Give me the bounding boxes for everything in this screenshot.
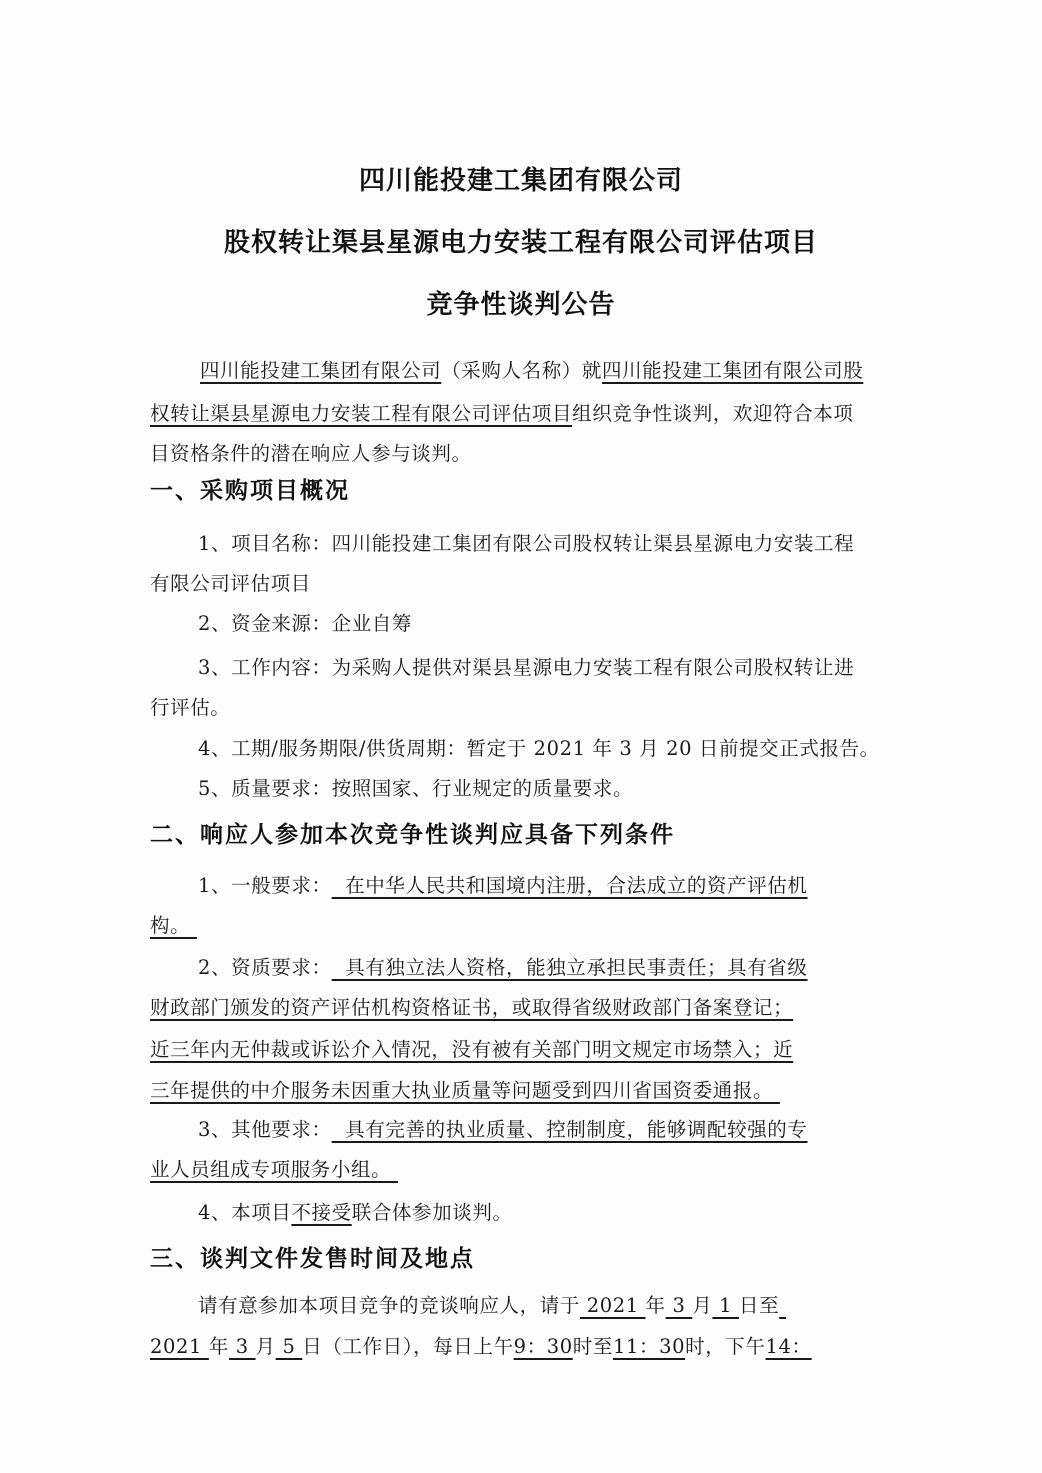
section-1-heading: 一、采购项目概况 — [150, 472, 350, 505]
s1-item-3-line-1: 3、工作内容：为采购人提供对渠县星源电力安装工程有限公司股权转让进 — [150, 652, 885, 680]
s3-to-label: 时至 — [573, 1335, 613, 1358]
s1-item-1-line-1: 1、项目名称：四川能投建工集团有限公司股权转让渠县星源电力安装工程 — [150, 528, 885, 556]
s2-item-2-line-1: 2、资质要求： 具有独立法人资格，能独立承担民事责任；具有省级 — [150, 952, 885, 980]
title-line-2: 股权转让渠县星源电力安装工程有限公司评估项目 — [0, 222, 1042, 259]
s2-item-4: 4、本项目不接受联合体参加谈判。 — [150, 1197, 933, 1225]
s2-item-2-value-cont-3: 三年提供的中介服务未因重大执业质量等问题受到四川省国资委通报。 — [150, 1079, 780, 1102]
s2-item-3-value-cont: 业人员组成专项服务小组。 — [150, 1158, 398, 1181]
s3-end-year: 2021 — [150, 1335, 209, 1358]
s2-item-4-not-accepted: 不接受 — [291, 1201, 351, 1224]
s2-item-1-value: 在中华人民共和国境内注册，合法成立的资产评估机 — [332, 874, 808, 897]
section-2-heading: 二、响应人参加本次竞争性谈判应具备下列条件 — [150, 816, 675, 849]
s3-year-label-2: 年 — [209, 1335, 229, 1358]
s2-item-1-label: 1、一般要求： — [198, 874, 332, 897]
intro-line-3: 目资格条件的潜在响应人参与谈判。 — [150, 438, 885, 466]
s3-pm-label: 时，下午 — [685, 1335, 765, 1358]
s2-item-2-line-4: 三年提供的中介服务未因重大执业质量等问题受到四川省国资委通报。 — [150, 1075, 885, 1103]
s3-start-day: 1 — [712, 1294, 739, 1317]
s3-line-2: 2021 年 3 月 5 日（工作日），每日上午9：30时至11：30时，下午1… — [150, 1331, 885, 1359]
s1-item-4: 4、工期/服务期限/供货周期：暂定于 2021 年 3 月 20 日前提交正式报… — [150, 733, 933, 761]
project-name-part1: 四川能投建工集团有限公司股 — [602, 359, 863, 382]
section-3-heading: 三、谈判文件发售时间及地点 — [150, 1240, 475, 1273]
s1-item-1-line-2: 有限公司评估项目 — [150, 568, 885, 596]
s1-item-5: 5、质量要求：按照国家、行业规定的质量要求。 — [150, 773, 933, 801]
s2-item-1-line-1: 1、一般要求： 在中华人民共和国境内注册，合法成立的资产评估机 — [150, 870, 885, 898]
s2-item-3-line-1: 3、其他要求： 具有完善的执业质量、控制制度，能够调配较强的专 — [150, 1114, 885, 1142]
s2-item-3-value: 具有完善的执业质量、控制制度，能够调配较强的专 — [332, 1118, 808, 1141]
s3-workday-label: 日（工作日），每日上午 — [302, 1335, 513, 1358]
s2-item-4-prefix: 4、本项目 — [198, 1201, 291, 1224]
s3-pm-start: 14： — [766, 1335, 812, 1358]
s2-item-2-label: 2、资质要求： — [198, 956, 332, 979]
s2-item-2-value-cont-2: 近三年内无仲裁或诉讼介入情况，没有被有关部门明文规定市场禁入；近 — [150, 1038, 793, 1061]
intro-line-2: 权转让渠县星源电力安装工程有限公司评估项目组织竞争性谈判，欢迎符合本项 — [150, 398, 885, 426]
s2-item-1-value-cont: 构。 — [150, 914, 197, 937]
s3-year-label: 年 — [646, 1294, 666, 1317]
s2-item-3-label: 3、其他要求： — [198, 1118, 332, 1141]
s2-item-4-suffix: 联合体参加谈判。 — [352, 1201, 513, 1224]
purchaser-name: 四川能投建工集团有限公司 — [200, 359, 441, 382]
s3-start-year: 2021 — [580, 1294, 646, 1317]
s3-am-end: 11：30 — [613, 1335, 685, 1358]
project-name-part2: 权转让渠县星源电力安装工程有限公司评估项目 — [150, 402, 572, 425]
s3-line-1: 请有意参加本项目竞争的竞谈响应人，请于 2021 年 3 月 1 日至 — [150, 1290, 933, 1318]
s2-item-1-line-2: 构。 — [150, 910, 885, 938]
s2-item-2-value: 具有独立法人资格，能独立承担民事责任；具有省级 — [332, 956, 808, 979]
s3-day-to-label: 日至 — [739, 1294, 779, 1317]
intro-line-1: 四川能投建工集团有限公司（采购人名称）就四川能投建工集团有限公司股 — [150, 355, 885, 383]
s3-month-label-2: 月 — [256, 1335, 276, 1358]
document-page: 四川能投建工集团有限公司 股权转让渠县星源电力安装工程有限公司评估项目 竞争性谈… — [0, 0, 1042, 1473]
title-line-3: 竞争性谈判公告 — [0, 284, 1042, 321]
purchaser-note: （采购人名称）就 — [441, 359, 602, 382]
title-line-1: 四川能投建工集团有限公司 — [0, 160, 1042, 197]
s2-item-3-line-2: 业人员组成专项服务小组。 — [150, 1154, 885, 1182]
s1-item-2: 2、资金来源：企业自筹 — [150, 608, 933, 636]
s3-am-start: 9：30 — [514, 1335, 573, 1358]
s3-start-month: 3 — [666, 1294, 693, 1317]
s3-blank — [779, 1294, 786, 1317]
s1-item-3-line-2: 行评估。 — [150, 692, 885, 720]
intro-tail-1: 组织竞争性谈判，欢迎符合本项 — [572, 402, 853, 425]
s2-item-2-line-2: 财政部门颁发的资产评估机构资格证书，或取得省级财政部门备案登记； — [150, 992, 885, 1020]
s3-end-day: 5 — [276, 1335, 303, 1358]
s2-item-2-value-cont-1: 财政部门颁发的资产评估机构资格证书，或取得省级财政部门备案登记； — [150, 996, 793, 1019]
s3-prefix: 请有意参加本项目竞争的竞谈响应人，请于 — [198, 1294, 580, 1317]
s3-end-month: 3 — [229, 1335, 256, 1358]
s3-month-label: 月 — [692, 1294, 712, 1317]
s2-item-2-line-3: 近三年内无仲裁或诉讼介入情况，没有被有关部门明文规定市场禁入；近 — [150, 1034, 885, 1062]
